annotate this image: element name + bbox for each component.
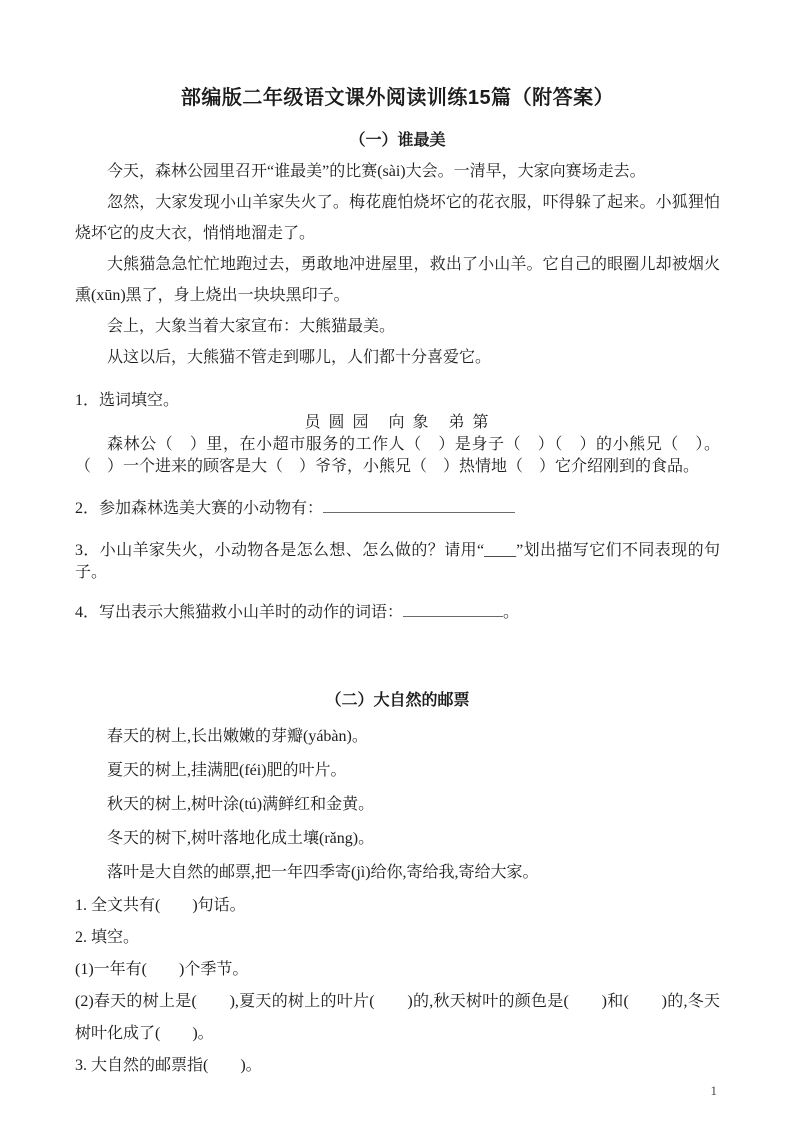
document-page: 部编版二年级语文课外阅读训练15篇（附答案） （一）谁最美 今天，森林公园里召开…	[0, 0, 793, 1122]
word-bank: 员 圆 园 向 象 弟 第	[75, 412, 720, 434]
document-title: 部编版二年级语文课外阅读训练15篇（附答案）	[75, 84, 720, 112]
poem-line-2: 夏天的树上,挂满肥(féi)肥的叶片。	[75, 754, 720, 788]
story-paragraph-2: 忽然，大家发现小山羊家失火了。梅花鹿怕烧坏它的花衣服，吓得躲了起来。小狐狸怕烧坏…	[75, 187, 720, 249]
story-paragraph-5: 从这以后，大熊猫不管走到哪儿，人们都十分喜爱它。	[75, 342, 720, 373]
poem-line-1: 春天的树上,长出嫩嫩的芽瓣(yábàn)。	[75, 720, 720, 754]
page-number: 1	[711, 1083, 718, 1099]
answer-blank-line	[323, 497, 515, 513]
answer-blank-line	[403, 601, 503, 617]
story-paragraph-3: 大熊猫急急忙忙地跑过去，勇敢地冲进屋里，救出了小山羊。它自己的眼圈儿却被烟火熏(…	[75, 249, 720, 311]
section1-question-2: 2．参加森林选美大赛的小动物有：	[75, 497, 720, 520]
poem-line-3: 秋天的树上,树叶涂(tú)满鲜红和金黄。	[75, 788, 720, 822]
section2-question-3: 3. 大自然的邮票指( )。	[75, 1050, 720, 1082]
section1-question-4-period: 。	[503, 604, 519, 621]
section2-question-1: 1. 全文共有( )句话。	[75, 890, 720, 922]
section1-question-4: 4．写出表示大熊猫救小山羊时的动作的词语：。	[75, 601, 720, 624]
section1-question-2-text: 2．参加森林选美大赛的小动物有：	[75, 500, 323, 517]
story-paragraph-4: 会上，大象当着大家宣布：大熊猫最美。	[75, 311, 720, 342]
section2-question-2-sub-2: (2)春天的树上是( ),夏天的树上的叶片( )的,秋天树叶的颜色是( )和( …	[75, 986, 720, 1050]
section2-title: （二）大自然的邮票	[75, 690, 720, 712]
section1-question-1-fill-text: 森林公（ ）里，在小超市服务的工作人（ ）是身子（ ）（ ）的小熊兄（ ）。（ …	[75, 434, 720, 478]
section1-title: （一）谁最美	[75, 130, 720, 152]
section2-question-2: 2. 填空。	[75, 922, 720, 954]
section1-question-3: 3．小山羊家失火，小动物各是怎么想、怎么做的？请用“____”划出描写它们不同表…	[75, 540, 720, 584]
poem-line-5: 落叶是大自然的邮票,把一年四季寄(jì)给你,寄给我,寄给大家。	[75, 856, 720, 890]
section1-question-1: 1．选词填空。	[75, 390, 720, 412]
section2-question-2-sub-1: (1)一年有( )个季节。	[75, 954, 720, 986]
story-paragraph-1: 今天，森林公园里召开“谁最美”的比赛(sài)大会。一清早，大家向赛场走去。	[75, 156, 720, 187]
poem-line-4: 冬天的树下,树叶落地化成土壤(rǎng)。	[75, 822, 720, 856]
section1-question-4-text: 4．写出表示大熊猫救小山羊时的动作的词语：	[75, 604, 403, 621]
